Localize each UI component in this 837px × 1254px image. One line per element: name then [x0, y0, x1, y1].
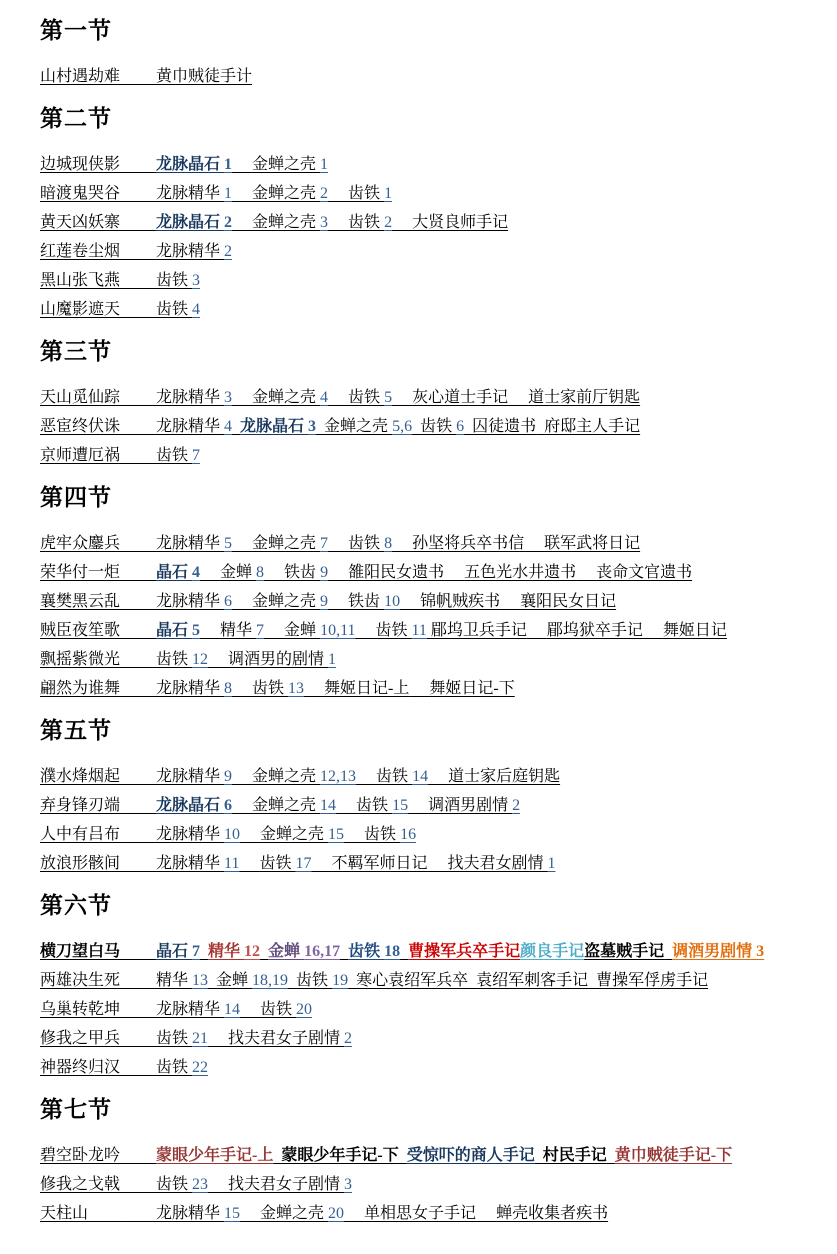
level-name: 荣华付一炬 — [40, 564, 120, 581]
tab-gap — [643, 622, 663, 639]
section-heading: 第五节 — [40, 718, 819, 744]
entry-row: 贼臣夜笙歌 晶石 5 精华 7 金蝉 10,11 齿铁 11 郿坞卫兵手记 郿坞… — [40, 622, 819, 640]
tab-gap — [536, 418, 544, 435]
tab-gap — [232, 418, 240, 435]
item-text: 金蝉 — [220, 564, 256, 581]
item-text: 7 — [192, 943, 200, 960]
level-name: 翩然为谁舞 — [40, 680, 120, 697]
tab-gap — [264, 622, 284, 639]
tab-gap — [500, 593, 520, 610]
tab-gap — [240, 826, 260, 843]
item-text: 蝉壳收集者疾书 — [496, 1205, 608, 1222]
item-text: 龙脉精华 — [156, 535, 224, 552]
tab-gap — [524, 535, 544, 552]
tab-gap — [120, 156, 156, 173]
entry-row: 弃身锋刃端 龙脉晶石 6 金蝉之壳 14 齿铁 15 调酒男剧情 2 — [40, 797, 819, 815]
tab-gap — [340, 943, 348, 960]
tab-gap — [232, 389, 252, 406]
item-text: 2 — [384, 214, 392, 231]
item-text: 蒙眼少年手记-上 — [156, 1147, 273, 1164]
item-text: 7 — [192, 447, 200, 464]
item-text: 齿铁 — [156, 1176, 192, 1193]
tab-gap — [120, 535, 156, 552]
tab-gap — [120, 301, 156, 318]
tab-gap — [328, 535, 348, 552]
tab-gap — [208, 972, 216, 989]
entry-row: 京师遭厄祸 齿铁 7 — [40, 447, 819, 465]
item-text: 雒阳民女遗书 — [348, 564, 444, 581]
level-name: 虎牢众鏖兵 — [40, 535, 120, 552]
tab-gap — [316, 418, 324, 435]
item-text: 囚徒遗书 — [472, 418, 536, 435]
item-text: 10 — [224, 826, 240, 843]
item-text: 2 — [344, 1030, 352, 1047]
document-page: 第一节山村遇劫难 黄巾贼徒手计第二节边城现侠影 龙脉晶石 1 金蝉之壳 1暗渡鬼… — [0, 0, 837, 1254]
section-heading: 第一节 — [40, 18, 819, 44]
item-text: 金蝉之壳 — [260, 1205, 328, 1222]
level-name: 人中有吕布 — [40, 826, 120, 843]
entry-row: 人中有吕布 龙脉精华 10 金蝉之壳 15 齿铁 16 — [40, 826, 819, 844]
tab-gap — [576, 564, 596, 581]
tab-gap — [392, 214, 412, 231]
item-text: 龙脉精华 — [156, 680, 224, 697]
entry-row: 翩然为谁舞 龙脉精华 8 齿铁 13 舞姬日记-上 舞姬日记-下 — [40, 680, 819, 698]
level-name: 碧空卧龙吟 — [40, 1147, 120, 1164]
level-name: 黑山张飞燕 — [40, 272, 120, 289]
item-text: 15 — [328, 826, 344, 843]
item-text: 3 — [320, 214, 328, 231]
item-text: 14 — [320, 797, 336, 814]
item-text: 9 — [320, 564, 328, 581]
item-text: 2 — [320, 185, 328, 202]
item-text: 襄阳民女日记 — [520, 593, 616, 610]
entry-row: 山村遇劫难 黄巾贼徒手计 — [40, 68, 819, 86]
tab-gap — [120, 797, 156, 814]
item-text: 3 — [192, 272, 200, 289]
item-text: 精华 — [208, 943, 244, 960]
level-name: 修我之甲兵 — [40, 1030, 120, 1047]
item-text: 蒙眼少年手记-下 — [281, 1147, 398, 1164]
item-text: 4 — [192, 301, 200, 318]
item-text: 晶石 — [156, 943, 192, 960]
item-text: 龙脉晶石 — [156, 156, 224, 173]
item-text: 3 — [308, 418, 316, 435]
item-text: 9 — [224, 768, 232, 785]
item-text: 2 — [224, 214, 232, 231]
item-text: 舞姬日记-下 — [429, 680, 514, 697]
item-text: 14 — [224, 1001, 240, 1018]
item-text: 锦帆贼疾书 — [420, 593, 500, 610]
item-text: 齿铁 — [375, 622, 411, 639]
level-name: 暗渡鬼哭谷 — [40, 185, 120, 202]
tab-gap — [120, 1001, 156, 1018]
item-text: 颜良手记 — [520, 943, 584, 960]
tab-gap — [208, 1030, 228, 1047]
tab-gap — [120, 243, 156, 260]
level-name: 红莲卷尘烟 — [40, 243, 120, 260]
item-text: 齿铁 — [156, 272, 192, 289]
item-text: 齿铁 — [420, 418, 456, 435]
item-text: 3 — [224, 389, 232, 406]
item-text: 4 — [224, 418, 232, 435]
tab-gap — [232, 680, 252, 697]
item-text: 5 — [192, 622, 200, 639]
level-name: 神器终归汉 — [40, 1059, 120, 1076]
tab-gap — [120, 972, 156, 989]
item-text: 4 — [192, 564, 200, 581]
item-text: 8 — [256, 564, 264, 581]
item-text: 金蝉之壳 — [252, 389, 320, 406]
tab-gap — [356, 768, 376, 785]
entry-row: 神器终归汉 齿铁 22 — [40, 1059, 819, 1077]
entry-row: 飘摇紫微光 齿铁 12 调酒男的剧情 1 — [40, 651, 819, 669]
entry-row: 放浪形骸间 龙脉精华 11 齿铁 17 不羁军师日记 找夫君女剧情 1 — [40, 855, 819, 873]
tab-gap — [444, 564, 464, 581]
item-text: 龙脉晶石 — [156, 797, 224, 814]
tab-gap — [328, 214, 348, 231]
item-text: 23 — [192, 1176, 208, 1193]
entry-row: 黑山张飞燕 齿铁 3 — [40, 272, 819, 290]
item-text: 金蝉 — [284, 622, 320, 639]
tab-gap — [428, 768, 448, 785]
item-text: 丧命文官遗书 — [596, 564, 692, 581]
item-text: 金蝉之壳 — [252, 797, 320, 814]
item-text: 1 — [224, 156, 232, 173]
item-text: 村民手记 — [543, 1147, 607, 1164]
item-text: 郿坞狱卒手记 — [547, 622, 643, 639]
item-text: 6 — [456, 418, 464, 435]
item-text: 袁绍军刺客手记 — [476, 972, 588, 989]
item-text: 21 — [192, 1030, 208, 1047]
tab-gap — [527, 622, 547, 639]
tab-gap — [336, 797, 356, 814]
item-text: 8 — [384, 535, 392, 552]
item-text: 灰心道士手记 — [412, 389, 508, 406]
item-text: 18,19 — [252, 972, 288, 989]
item-text: 1 — [328, 651, 336, 668]
tab-gap — [120, 185, 156, 202]
tab-gap — [328, 593, 348, 610]
item-text: 3 — [344, 1176, 352, 1193]
level-name: 乌巢转乾坤 — [40, 1001, 120, 1018]
item-text: 金蝉之壳 — [252, 535, 320, 552]
item-text: 孙坚将兵卒书信 — [412, 535, 524, 552]
item-text: 齿铁 — [348, 185, 384, 202]
item-text: 道士家前厅钥匙 — [528, 389, 640, 406]
tab-gap — [120, 1059, 156, 1076]
tab-gap — [344, 1205, 364, 1222]
item-text: 4 — [320, 389, 328, 406]
section-heading: 第七节 — [40, 1097, 819, 1123]
level-name: 京师遭厄祸 — [40, 447, 120, 464]
item-text: 齿铁 — [348, 535, 384, 552]
tab-gap — [392, 535, 412, 552]
item-text: 金蝉之壳 — [252, 156, 320, 173]
item-text: 齿铁 — [156, 447, 192, 464]
item-text: 龙脉精华 — [156, 593, 224, 610]
item-text: 10 — [384, 593, 400, 610]
item-text: 龙脉精华 — [156, 768, 224, 785]
tab-gap — [400, 593, 420, 610]
entry-row: 修我之戈戟 齿铁 23 找夫君女子剧情 3 — [40, 1176, 819, 1194]
item-text: 大贤良师手记 — [412, 214, 508, 231]
tab-gap — [120, 651, 156, 668]
item-text: 金蝉之壳 — [252, 593, 320, 610]
section-heading: 第六节 — [40, 893, 819, 919]
entry-row: 两雄决生死 精华 13 金蝉 18,19 齿铁 19 寒心袁绍军兵卒 袁绍军刺客… — [40, 972, 819, 990]
item-text: 12,13 — [320, 768, 356, 785]
item-text: 22 — [192, 1059, 208, 1076]
entry-row: 襄樊黑云乱 龙脉精华 6 金蝉之壳 9 铁齿 10 锦帆贼疾书 襄阳民女日记 — [40, 593, 819, 611]
tab-gap — [232, 214, 252, 231]
item-text: 11 — [411, 622, 426, 639]
level-name: 飘摇紫微光 — [40, 651, 120, 668]
tab-gap — [120, 447, 156, 464]
item-text: 找夫君女剧情 — [447, 855, 547, 872]
item-text: 13 — [192, 972, 208, 989]
item-text: 7 — [256, 622, 264, 639]
level-name: 黄天凶妖寨 — [40, 214, 120, 231]
tab-gap — [120, 768, 156, 785]
item-text: 2 — [512, 797, 520, 814]
entry-row: 山魔影遮天 齿铁 4 — [40, 301, 819, 319]
tab-gap — [239, 855, 259, 872]
tab-gap — [232, 593, 252, 610]
entry-row: 虎牢众鏖兵 龙脉精华 5 金蝉之壳 7 齿铁 8 孙坚将兵卒书信 联军武将日记 — [40, 535, 819, 553]
tab-gap — [288, 972, 296, 989]
item-text: 龙脉精华 — [156, 1001, 224, 1018]
entry-row: 修我之甲兵 齿铁 21 找夫君女子剧情 2 — [40, 1030, 819, 1048]
tab-gap — [120, 214, 156, 231]
tab-gap — [240, 1205, 260, 1222]
item-text: 受惊吓的商人手记 — [407, 1147, 535, 1164]
item-text: 五色光水井遗书 — [464, 564, 576, 581]
tab-gap — [120, 855, 156, 872]
level-name: 天柱山 — [40, 1205, 120, 1222]
item-text: 单相思女子手记 — [364, 1205, 476, 1222]
item-text: 1 — [547, 855, 555, 872]
item-text: 14 — [412, 768, 428, 785]
item-text: 舞姬日记 — [663, 622, 727, 639]
item-text: 调酒男剧情 — [428, 797, 512, 814]
item-text: 龙脉精华 — [156, 389, 224, 406]
item-text: 15 — [392, 797, 408, 814]
entry-row: 黄天凶妖寨 龙脉晶石 2 金蝉之壳 3 齿铁 2 大贤良师手记 — [40, 214, 819, 232]
item-text: 18 — [384, 943, 400, 960]
item-text: 齿铁 — [296, 972, 332, 989]
item-text: 金蝉之壳 — [252, 768, 320, 785]
tab-gap — [348, 972, 356, 989]
tab-gap — [120, 418, 156, 435]
entry-row: 碧空卧龙吟 蒙眼少年手记-上 蒙眼少年手记-下 受惊吓的商人手记 村民手记 黄巾… — [40, 1147, 819, 1165]
tab-gap — [120, 564, 156, 581]
tab-gap — [304, 680, 324, 697]
item-text: 齿铁 — [364, 826, 400, 843]
entry-row: 天山觅仙踪 龙脉精华 3 金蝉之壳 4 齿铁 5 灰心道士手记 道士家前厅钥匙 — [40, 389, 819, 407]
item-text: 府邸主人手记 — [544, 418, 640, 435]
tab-gap — [232, 156, 252, 173]
tab-gap — [328, 564, 348, 581]
item-text: 1 — [384, 185, 392, 202]
item-text: 龙脉精华 — [156, 418, 224, 435]
item-text: 曹操军兵卒手记 — [408, 943, 520, 960]
tab-gap — [464, 418, 472, 435]
item-text: 12 — [192, 651, 208, 668]
item-text: 龙脉精华 — [156, 1205, 224, 1222]
level-name: 横刀望白马 — [40, 943, 120, 960]
tab-gap — [120, 943, 156, 960]
item-text: 15 — [224, 1205, 240, 1222]
tab-gap — [260, 943, 268, 960]
item-text: 16,17 — [304, 943, 340, 960]
tab-gap — [208, 1176, 228, 1193]
item-text: 齿铁 — [252, 680, 288, 697]
item-text: 5,6 — [392, 418, 412, 435]
item-text: 6 — [224, 593, 232, 610]
tab-gap — [120, 1205, 156, 1222]
section-heading: 第四节 — [40, 485, 819, 511]
entry-row: 乌巢转乾坤 龙脉精华 14 齿铁 20 — [40, 1001, 819, 1019]
item-text: 19 — [332, 972, 348, 989]
item-text: 铁齿 — [348, 593, 384, 610]
tab-gap — [427, 855, 447, 872]
item-text: 12 — [244, 943, 260, 960]
level-name: 贼臣夜笙歌 — [40, 622, 120, 639]
tab-gap — [328, 185, 348, 202]
item-text: 调酒男的剧情 — [228, 651, 328, 668]
item-text: 5 — [384, 389, 392, 406]
tab-gap — [200, 943, 208, 960]
item-text: 齿铁 — [348, 389, 384, 406]
item-text: 6 — [224, 797, 232, 814]
tab-gap — [535, 1147, 543, 1164]
tab-gap — [400, 943, 408, 960]
item-text: 13 — [288, 680, 304, 697]
item-text: 齿铁 — [156, 1059, 192, 1076]
item-text: 17 — [295, 855, 311, 872]
tab-gap — [232, 797, 252, 814]
item-text: 龙脉精华 — [156, 826, 224, 843]
item-text: 齿铁 — [156, 651, 192, 668]
tab-gap — [409, 680, 429, 697]
tab-gap — [408, 797, 428, 814]
item-text: 盗墓贼手记 — [584, 943, 664, 960]
tab-gap — [200, 564, 220, 581]
tab-gap — [120, 622, 156, 639]
tab-gap — [399, 1147, 407, 1164]
tab-gap — [664, 943, 672, 960]
level-name: 放浪形骸间 — [40, 855, 120, 872]
entry-row: 横刀望白马 晶石 7 精华 12 金蝉 16,17 齿铁 18 曹操军兵卒手记颜… — [40, 943, 819, 961]
tab-gap — [344, 826, 364, 843]
tab-gap — [120, 1176, 156, 1193]
item-text: 1 — [320, 156, 328, 173]
tab-gap — [607, 1147, 615, 1164]
tab-gap — [476, 1205, 496, 1222]
tab-gap — [240, 1001, 260, 1018]
tab-gap — [120, 826, 156, 843]
tab-gap — [120, 1030, 156, 1047]
tab-gap — [588, 972, 596, 989]
tab-gap — [392, 389, 412, 406]
tab-gap — [120, 1147, 156, 1164]
level-name: 襄樊黑云乱 — [40, 593, 120, 610]
tab-gap — [508, 389, 528, 406]
entry-row: 濮水烽烟起 龙脉精华 9 金蝉之壳 12,13 齿铁 14 道士家后庭钥匙 — [40, 768, 819, 786]
tab-gap — [120, 389, 156, 406]
item-text: 龙脉精华 — [156, 855, 224, 872]
item-text: 道士家后庭钥匙 — [448, 768, 560, 785]
item-text: 不羁军师日记 — [331, 855, 427, 872]
tab-gap — [200, 622, 220, 639]
level-name: 山村遇劫难 — [40, 68, 120, 85]
tab-gap — [120, 593, 156, 610]
tab-gap — [468, 972, 476, 989]
item-text: 晶石 — [156, 622, 192, 639]
item-text: 齿铁 — [156, 301, 192, 318]
entry-row: 暗渡鬼哭谷 龙脉精华 1 金蝉之壳 2 齿铁 1 — [40, 185, 819, 203]
tab-gap — [208, 651, 228, 668]
section-heading: 第二节 — [40, 106, 819, 132]
item-text: 曹操军俘虏手记 — [596, 972, 708, 989]
item-text: 11 — [224, 855, 239, 872]
item-text: 联军武将日记 — [544, 535, 640, 552]
item-text: 找夫君女子剧情 — [228, 1030, 344, 1047]
tab-gap — [412, 418, 420, 435]
entry-row: 边城现侠影 龙脉晶石 1 金蝉之壳 1 — [40, 156, 819, 174]
item-text: 金蝉之壳 — [324, 418, 392, 435]
tab-gap — [264, 564, 284, 581]
tab-gap — [311, 855, 331, 872]
item-text: 齿铁 — [259, 855, 295, 872]
item-text: 龙脉精华 — [156, 243, 224, 260]
item-text: 晶石 — [156, 564, 192, 581]
item-text: 7 — [320, 535, 328, 552]
item-text: 5 — [224, 535, 232, 552]
item-text: 精华 — [156, 972, 192, 989]
section-heading: 第三节 — [40, 339, 819, 365]
item-text: 金蝉之壳 — [252, 214, 320, 231]
item-text: 找夫君女子剧情 — [228, 1176, 344, 1193]
entry-row: 恶宦终伏诛 龙脉精华 4 龙脉晶石 3 金蝉之壳 5,6 齿铁 6 囚徒遗书 府… — [40, 418, 819, 436]
tab-gap — [232, 185, 252, 202]
tab-gap — [328, 389, 348, 406]
entry-row: 天柱山 龙脉精华 15 金蝉之壳 20 单相思女子手记 蝉壳收集者疾书 — [40, 1205, 819, 1223]
level-name: 修我之戈戟 — [40, 1176, 120, 1193]
item-text: 郿坞卫兵手记 — [427, 622, 527, 639]
level-name: 弃身锋刃端 — [40, 797, 120, 814]
item-text: 黄巾贼徒手记-下 — [615, 1147, 732, 1164]
level-name: 两雄决生死 — [40, 972, 120, 989]
tab-gap — [120, 272, 156, 289]
item-text: 8 — [224, 680, 232, 697]
item-text: 精华 — [220, 622, 256, 639]
level-name: 天山觅仙踪 — [40, 389, 120, 406]
level-name: 山魔影遮天 — [40, 301, 120, 318]
item-text: 20 — [328, 1205, 344, 1222]
tab-gap — [355, 622, 375, 639]
item-text: 10,11 — [320, 622, 355, 639]
item-text: 龙脉晶石 — [240, 418, 308, 435]
item-text: 2 — [224, 243, 232, 260]
tab-gap — [232, 768, 252, 785]
item-text: 铁齿 — [284, 564, 320, 581]
item-text: 寒心袁绍军兵卒 — [356, 972, 468, 989]
entry-row: 荣华付一炬 晶石 4 金蝉 8 铁齿 9 雒阳民女遗书 五色光水井遗书 丧命文官… — [40, 564, 819, 582]
tab-gap — [120, 68, 156, 85]
item-text: 16 — [400, 826, 416, 843]
item-text: 金蝉 — [268, 943, 304, 960]
